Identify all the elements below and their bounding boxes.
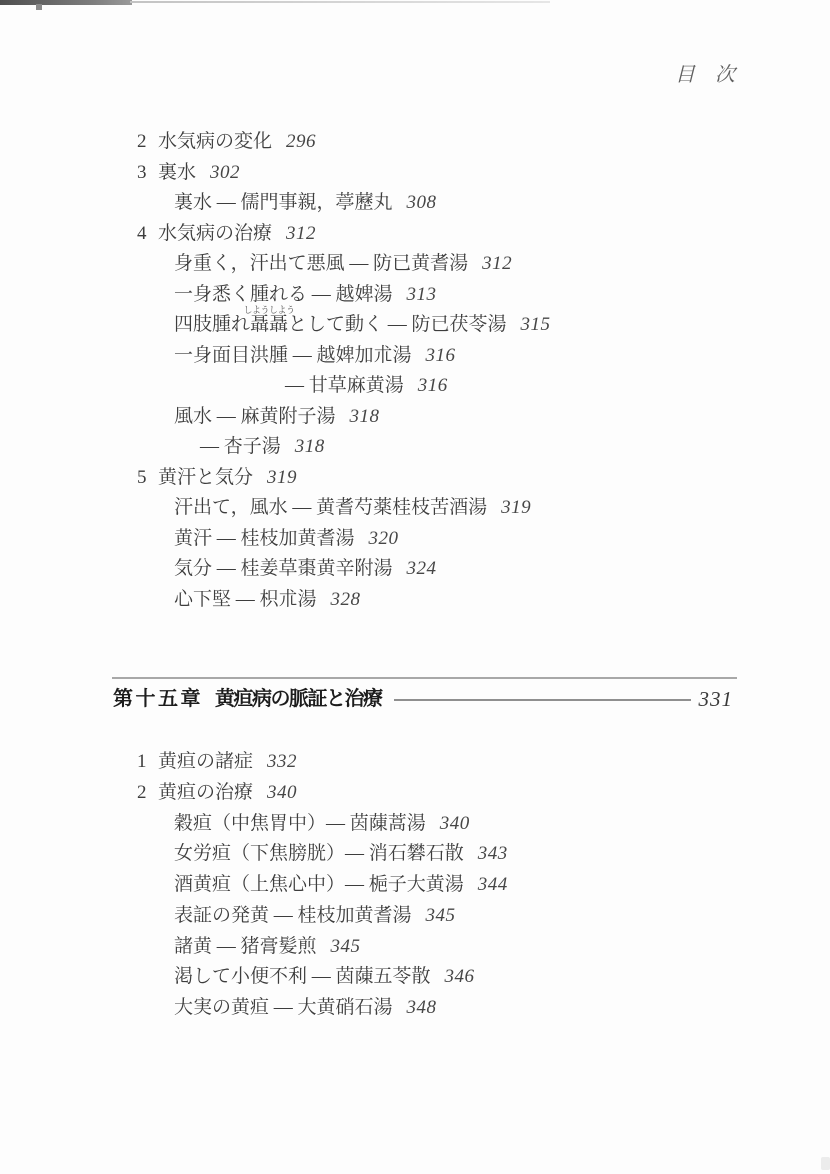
item-page-number: 343 bbox=[478, 843, 508, 864]
item-page-number: 340 bbox=[440, 813, 470, 834]
toc-item: 5黄汗と気分319 bbox=[0, 463, 830, 494]
toc-item: — 甘草麻黄湯316 bbox=[0, 371, 830, 402]
item-text: 大実の黄疸 — 大黄硝石湯 bbox=[174, 997, 393, 1018]
scan-edge-artifact bbox=[0, 0, 132, 5]
item-text-pre: 四肢腫れ bbox=[174, 314, 250, 335]
item-page-number: 302 bbox=[210, 162, 240, 183]
page-header-title: 目 次 bbox=[675, 58, 735, 87]
toc-item: 汗出て，風水 — 黄耆芍薬桂枝苦酒湯319 bbox=[0, 493, 830, 524]
item-text: 四肢腫れ聶聶しようしようとして動く — 防已茯苓湯 bbox=[174, 314, 507, 335]
item-text: 黄汗 — 桂枝加黄耆湯 bbox=[174, 528, 355, 549]
item-text: 穀疸（中焦胃中）— 茵蔯蒿湯 bbox=[174, 813, 426, 834]
item-number: 5 bbox=[137, 463, 158, 494]
item-page-number: 316 bbox=[418, 375, 448, 396]
scan-edge-artifact-faint bbox=[130, 1, 550, 3]
item-text: — 杏子湯 bbox=[200, 436, 281, 457]
toc-item: 一身悉く腫れる — 越婢湯313 bbox=[0, 280, 830, 311]
item-text: 気分 — 桂姜草棗黄辛附湯 bbox=[174, 558, 393, 579]
toc-item: 2黄疸の治療340 bbox=[0, 778, 830, 809]
item-page-number: 345 bbox=[331, 936, 361, 957]
item-page-number: 308 bbox=[407, 192, 437, 213]
chapter-divider-rule bbox=[112, 677, 737, 679]
item-text: 身重く，汗出て悪風 — 防已黄耆湯 bbox=[174, 253, 468, 274]
item-page-number: 318 bbox=[350, 406, 380, 427]
item-number: 4 bbox=[137, 219, 158, 250]
item-page-number: 315 bbox=[521, 314, 551, 335]
item-text: 裏水 bbox=[158, 162, 196, 183]
toc-item: 酒黄疸（上焦心中）— 梔子大黄湯344 bbox=[0, 870, 830, 901]
toc-item: 大実の黄疸 — 大黄硝石湯348 bbox=[0, 993, 830, 1024]
toc-item: 渇して小便不利 — 茵蔯五苓散346 bbox=[0, 962, 830, 993]
toc-item: 黄汗 — 桂枝加黄耆湯320 bbox=[0, 524, 830, 555]
item-text: 水気病の治療 bbox=[158, 223, 272, 244]
chapter-page-number: 331 bbox=[699, 686, 734, 712]
item-page-number: 345 bbox=[426, 905, 456, 926]
chapter-number: 第十五章 bbox=[113, 686, 203, 712]
scan-speck-bottom bbox=[821, 1157, 830, 1170]
item-text: 表証の発黄 — 桂枝加黄耆湯 bbox=[174, 905, 412, 926]
item-text: 諸黄 — 猪膏髪煎 bbox=[174, 936, 317, 957]
toc-item: 穀疸（中焦胃中）— 茵蔯蒿湯340 bbox=[0, 809, 830, 840]
item-page-number: 340 bbox=[267, 782, 297, 803]
item-number: 1 bbox=[137, 747, 158, 778]
toc-item: 3裏水302 bbox=[0, 158, 830, 189]
toc-list-top: 2水気病の変化2963裏水302裏水 — 儒門事親，葶藶丸3084水気病の治療3… bbox=[0, 127, 830, 615]
item-text: 一身面目洪腫 — 越婢加朮湯 bbox=[174, 345, 412, 366]
item-text: 黄疸の治療 bbox=[158, 782, 253, 803]
leader-line bbox=[394, 699, 691, 701]
item-page-number: 313 bbox=[407, 284, 437, 305]
toc-item: 裏水 — 儒門事親，葶藶丸308 bbox=[0, 188, 830, 219]
item-page-number: 312 bbox=[482, 253, 512, 274]
item-text: 水気病の変化 bbox=[158, 131, 272, 152]
item-number: 2 bbox=[137, 127, 158, 158]
toc-item: 1黄疸の諸症332 bbox=[0, 747, 830, 778]
ruby-base: 聶聶 bbox=[250, 314, 288, 335]
item-page-number: 318 bbox=[295, 436, 325, 457]
item-text: 黄汗と気分 bbox=[158, 467, 253, 488]
scan-speck bbox=[36, 4, 42, 10]
toc-item: 諸黄 — 猪膏髪煎345 bbox=[0, 932, 830, 963]
item-text: 裏水 — 儒門事親，葶藶丸 bbox=[174, 192, 393, 213]
item-page-number: 312 bbox=[286, 223, 316, 244]
item-page-number: 320 bbox=[369, 528, 399, 549]
toc-item: — 杏子湯318 bbox=[0, 432, 830, 463]
toc-item: 4水気病の治療312 bbox=[0, 219, 830, 250]
item-text: 女労疸（下焦膀胱）— 消石礬石散 bbox=[174, 843, 464, 864]
item-page-number: 332 bbox=[267, 751, 297, 772]
toc-item: 風水 — 麻黄附子湯318 bbox=[0, 402, 830, 433]
toc-item: 身重く，汗出て悪風 — 防已黄耆湯312 bbox=[0, 249, 830, 280]
toc-item: 表証の発黄 — 桂枝加黄耆湯345 bbox=[0, 901, 830, 932]
item-page-number: 319 bbox=[267, 467, 297, 488]
item-page-number: 344 bbox=[478, 874, 508, 895]
item-text: 一身悉く腫れる — 越婢湯 bbox=[174, 284, 393, 305]
item-number: 2 bbox=[137, 778, 158, 809]
item-page-number: 328 bbox=[331, 589, 361, 610]
chapter-title: 黄疸病の脈証と治療 bbox=[215, 686, 382, 712]
item-page-number: 316 bbox=[426, 345, 456, 366]
toc-item: 心下堅 — 枳朮湯328 bbox=[0, 585, 830, 616]
item-text: 風水 — 麻黄附子湯 bbox=[174, 406, 336, 427]
item-text: 酒黄疸（上焦心中）— 梔子大黄湯 bbox=[174, 874, 464, 895]
ruby-group: 聶聶しようしよう bbox=[250, 310, 288, 341]
item-text: 黄疸の諸症 bbox=[158, 751, 253, 772]
toc-item: 四肢腫れ聶聶しようしようとして動く — 防已茯苓湯315 bbox=[0, 310, 830, 341]
item-page-number: 319 bbox=[501, 497, 531, 518]
furigana: しようしよう bbox=[244, 306, 295, 315]
item-page-number: 346 bbox=[445, 966, 475, 987]
item-text-post: として動く — 防已茯苓湯 bbox=[288, 314, 507, 335]
toc-item: 気分 — 桂姜草棗黄辛附湯324 bbox=[0, 554, 830, 585]
item-page-number: 348 bbox=[407, 997, 437, 1018]
item-text: — 甘草麻黄湯 bbox=[285, 375, 404, 396]
item-text: 心下堅 — 枳朮湯 bbox=[174, 589, 317, 610]
toc-item: 女労疸（下焦膀胱）— 消石礬石散343 bbox=[0, 839, 830, 870]
toc-item: 一身面目洪腫 — 越婢加朮湯316 bbox=[0, 341, 830, 372]
item-text: 汗出て，風水 — 黄耆芍薬桂枝苦酒湯 bbox=[174, 497, 487, 518]
toc-list-bottom: 1黄疸の諸症3322黄疸の治療340穀疸（中焦胃中）— 茵蔯蒿湯340女労疸（下… bbox=[0, 747, 830, 1024]
chapter-heading: 第十五章 黄疸病の脈証と治療 331 bbox=[113, 686, 733, 712]
scanned-toc-page: { "page_header": { "title": "目 次" }, "co… bbox=[0, 0, 830, 1174]
item-number: 3 bbox=[137, 158, 158, 189]
item-page-number: 324 bbox=[407, 558, 437, 579]
item-text: 渇して小便不利 — 茵蔯五苓散 bbox=[174, 966, 431, 987]
item-page-number: 296 bbox=[286, 131, 316, 152]
toc-item: 2水気病の変化296 bbox=[0, 127, 830, 158]
